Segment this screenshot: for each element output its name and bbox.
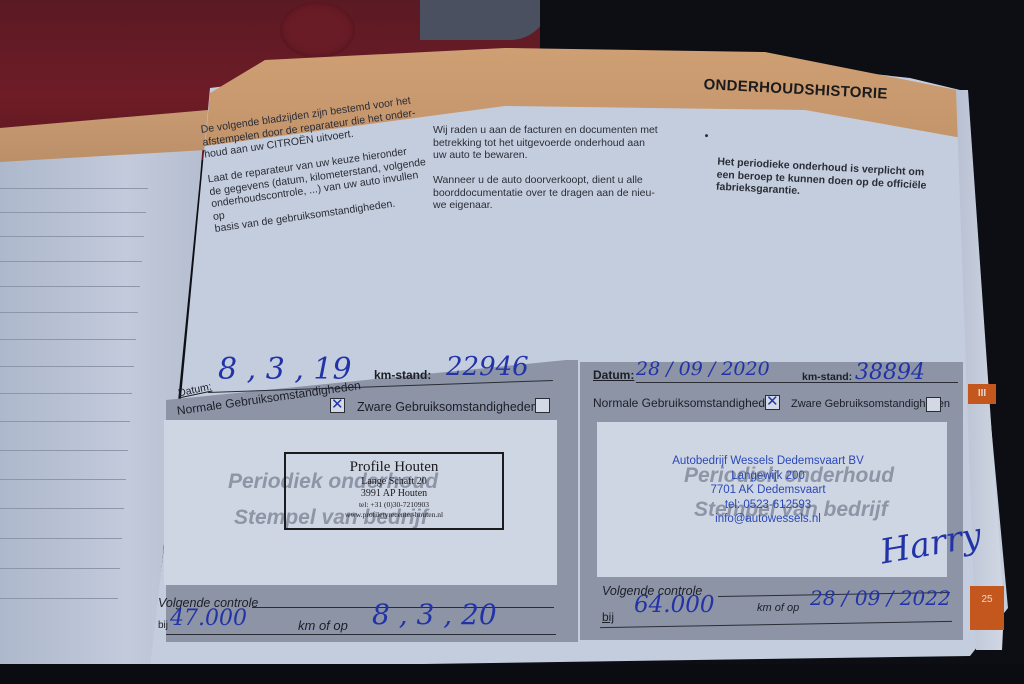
page-number: 25: [970, 586, 1004, 630]
stamp-2-street: Langewijk 200: [668, 469, 868, 484]
stamp-2-phone: tel: 0523-612593: [668, 498, 868, 513]
stamp-1-street: Lange Schaft 20: [286, 476, 502, 488]
normal-conditions-label-2: Normale Gebruiksomstandigheden: [593, 396, 778, 410]
warranty-notice: • Het periodieke onderhoud is verplicht …: [701, 130, 935, 217]
stamp-1-web: www.profiletyrecenter-houten.nl: [286, 510, 502, 520]
section-tab: III: [968, 384, 996, 404]
warranty-notice-text: Het periodieke onderhoud is verplicht om…: [702, 155, 934, 204]
stamp-1-name: Profile Houten: [286, 459, 502, 476]
km-value-1[interactable]: 22946: [446, 352, 529, 382]
at-label-1: bij: [158, 620, 168, 631]
next-date-value-1[interactable]: 8 , 3 , 20: [372, 598, 497, 631]
garage-stamp-1: Profile Houten Lange Schaft 20 3991 AP H…: [284, 452, 504, 530]
stamp-2-city: 7701 AK Dedemsvaart: [668, 483, 868, 498]
km-or-on-label-1: km of op: [298, 618, 348, 633]
heavy-conditions-checkbox-2[interactable]: [926, 397, 941, 412]
stamp-2-name: Autobedrijf Wessels Dedemsvaart BV: [668, 454, 868, 469]
date-label-2: Datum:: [593, 368, 634, 382]
km-or-on-label-2: km of op: [757, 602, 799, 614]
km-label-1: km-stand:: [374, 368, 431, 382]
background-seatbelt: [420, 0, 550, 40]
background-bottom: [0, 664, 1024, 684]
stamp-1-phone: tel: +31 (0)30-7210903: [286, 500, 502, 510]
next-date-value-2[interactable]: 28 / 09 / 2022: [810, 586, 951, 610]
next-km-value-1[interactable]: 47.000: [170, 606, 247, 631]
bullet-icon: •: [704, 130, 708, 143]
at-label-2: bij: [602, 610, 614, 624]
stamp-2-email: info@autowessels.nl: [668, 512, 868, 527]
km-label-2: km-stand:: [802, 371, 852, 383]
normal-conditions-checkbox-2[interactable]: [765, 395, 780, 410]
normal-conditions-checkbox-1[interactable]: [330, 398, 345, 413]
date-value-2[interactable]: 28 / 09 / 2020: [636, 358, 770, 380]
next-values-line-1: [166, 634, 556, 635]
next-km-value-2[interactable]: 64.000: [634, 592, 714, 618]
intro-text-column-2: Wij raden u aan de facturen en documente…: [433, 124, 693, 212]
garage-stamp-2: Autobedrijf Wessels Dedemsvaart BV Lange…: [668, 454, 868, 527]
km-value-2[interactable]: 38894: [855, 360, 925, 385]
stamp-1-city: 3991 AP Houten: [286, 488, 502, 500]
heavy-conditions-label-1: Zware Gebruiksomstandigheden: [357, 400, 538, 414]
heavy-conditions-checkbox-1[interactable]: [535, 398, 550, 413]
